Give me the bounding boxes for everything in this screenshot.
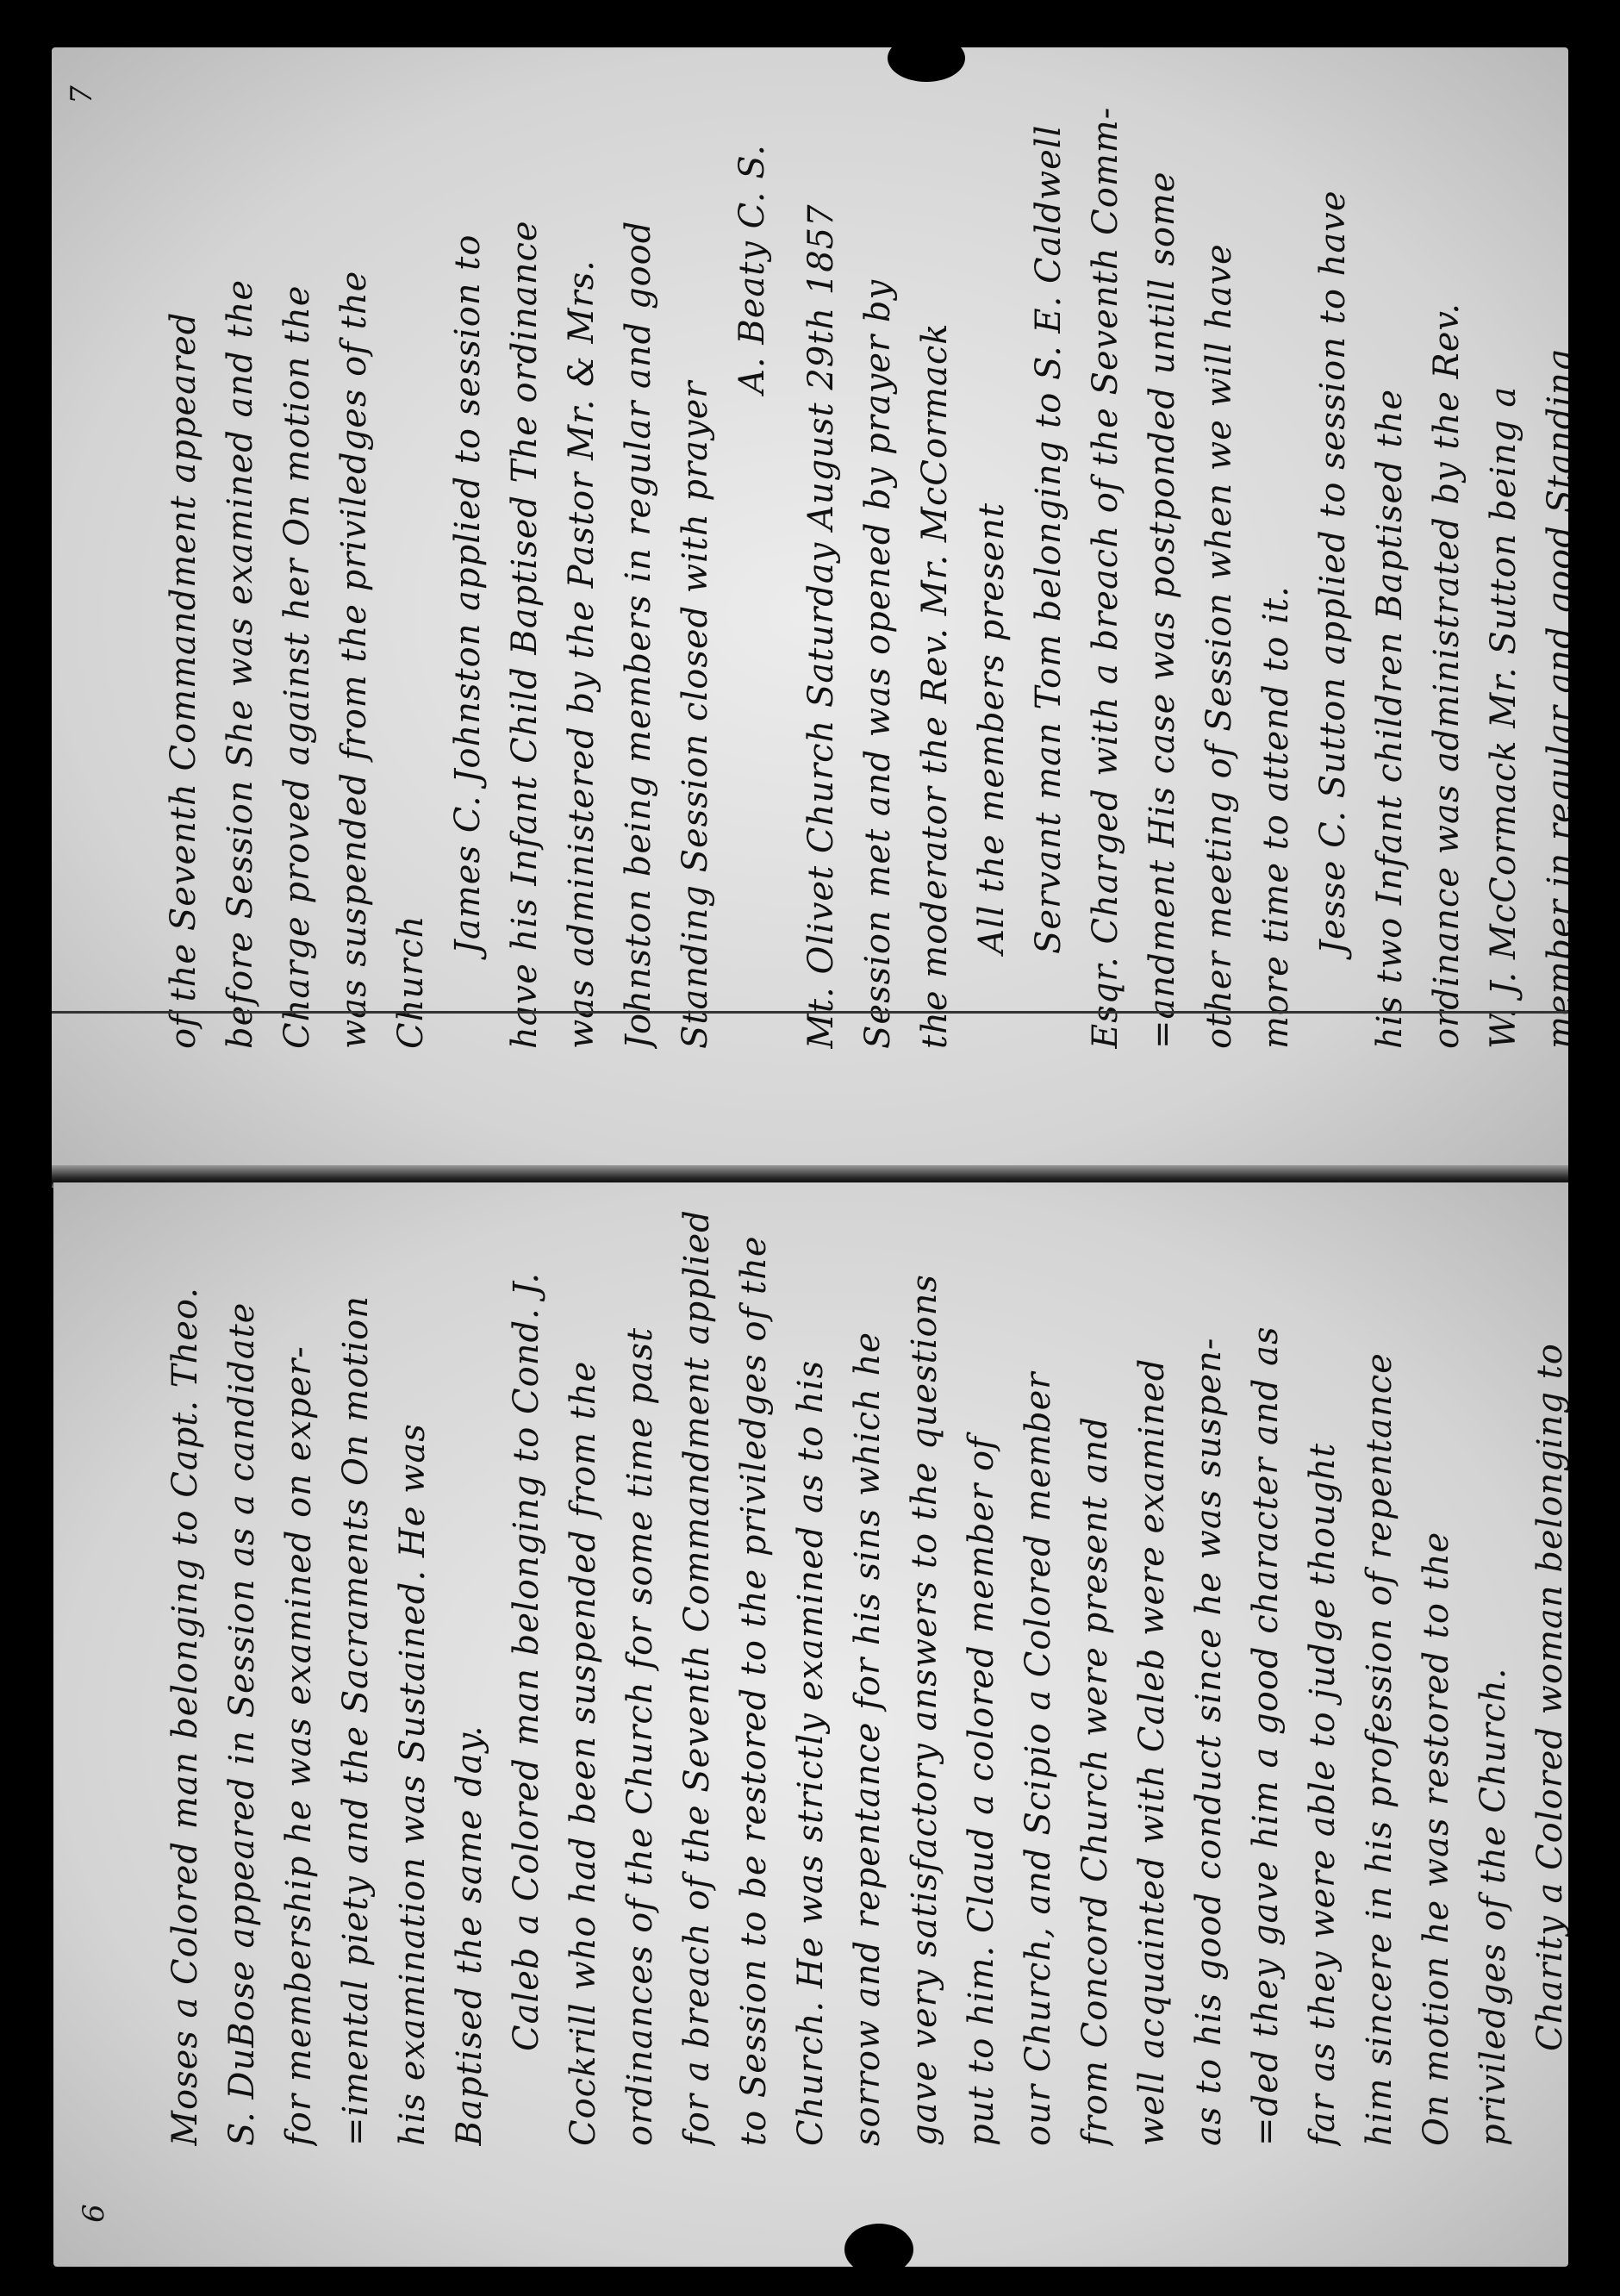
handwritten-line: his examination was Sustained. He was	[384, 1182, 441, 2146]
handwritten-line: =andment His case was postponded untill …	[1134, 47, 1191, 1049]
handwritten-line: for a breach of the Seventh Commandment …	[669, 1182, 726, 2146]
handwritten-line: Cockrill who had been suspended from the	[555, 1182, 612, 2146]
lower-page-writing-surface: Moses a Colored man belonging to Capt. T…	[53, 1182, 1568, 2267]
handwritten-line: A. Beaty C. S.	[724, 47, 781, 1049]
handwritten-line: Church	[383, 47, 439, 1049]
handwritten-line: more time to attend to it.	[1248, 47, 1305, 1049]
upper-page: of the Seventh Commandment appearedbefor…	[52, 47, 1568, 1178]
handwritten-line: Baptised the same day.	[441, 1182, 498, 2146]
handwritten-line: his two Infant children Baptised the	[1361, 47, 1418, 1049]
handwritten-line: other meeting of Session when we will ha…	[1191, 47, 1248, 1049]
handwritten-line: was suspended from the priviledges of th…	[326, 47, 383, 1049]
handwritten-line: of the Seventh Commandment appeared	[155, 47, 212, 1049]
handwritten-line: James C. Johnston applied to session to	[439, 47, 496, 1049]
handwritten-line: him sincere in his profession of repenta…	[1351, 1182, 1408, 2146]
upper-page-entry-1: of the Seventh Commandment appearedbefor…	[155, 47, 781, 1049]
handwritten-line: have his Infant Child Baptised The ordin…	[496, 47, 553, 1049]
handwritten-line: Charge proved against her On motion the	[269, 47, 326, 1049]
ink-blot	[844, 2224, 913, 2275]
handwritten-line: Moses a Colored man belonging to Capt. T…	[157, 1182, 214, 2146]
handwritten-line: from Concord Church were present and	[1067, 1182, 1124, 2146]
handwritten-line: gave very satisfactory answers to the qu…	[896, 1182, 953, 2146]
page-number-upper: 7	[65, 85, 99, 104]
handwritten-line: Servant man Tom belonging to S. E. Caldw…	[1020, 47, 1077, 1049]
ink-blot	[888, 34, 965, 82]
handwritten-line: sorrow and repentance for his sins which…	[839, 1182, 896, 2146]
handwritten-line: Caleb a Colored man belonging to Cond. J…	[498, 1182, 555, 2146]
handwritten-line: Church. He was strictly examined as to h…	[782, 1182, 839, 2146]
handwritten-line: for membership he was examined on exper-	[271, 1182, 327, 2146]
handwritten-line: well acquainted with Caleb were examined	[1124, 1182, 1181, 2146]
handwritten-line: Charity a Colored woman belonging to	[1522, 1182, 1568, 2146]
handwritten-line: put to him. Claud a colored member of	[953, 1182, 1010, 2146]
handwritten-line: Mt. Olivet Church Saturday August 29th 1…	[793, 47, 850, 1049]
handwritten-line: to Session to be restored to the privile…	[726, 1182, 782, 2146]
page-number-lower: 6	[77, 2204, 111, 2223]
handwritten-line: W. J. McCormack Mr. Sutton being a	[1475, 47, 1532, 1049]
handwritten-line: before Session She was examined and the	[212, 47, 269, 1049]
lower-page-entries: Moses a Colored man belonging to Capt. T…	[157, 1182, 1568, 2146]
handwritten-line: the moderator the Rev. Mr. McCormack	[907, 47, 963, 1049]
handwritten-line: All the members present	[963, 47, 1020, 1049]
handwritten-line: ordinances of the Church for some time p…	[612, 1182, 669, 2146]
handwritten-line: Johnston being members in regular and go…	[610, 47, 667, 1049]
margin-rule	[52, 1011, 1568, 1014]
handwritten-line: as to his good conduct since he was susp…	[1181, 1182, 1237, 2146]
upper-page-writing-surface: of the Seventh Commandment appearedbefor…	[52, 47, 1568, 1178]
handwritten-line: S. DuBose appeared in Session as a candi…	[214, 1182, 271, 2146]
handwritten-line: priviledges of the Church.	[1465, 1182, 1522, 2146]
handwritten-line: ordinance was administrated by the Rev.	[1418, 47, 1475, 1049]
handwritten-line: was administered by the Pastor Mr. & Mrs…	[553, 47, 610, 1049]
handwritten-line: our Church, and Scipio a Colored member	[1010, 1182, 1067, 2146]
upper-page-entry-2: Mt. Olivet Church Saturday August 29th 1…	[793, 47, 1568, 1049]
handwritten-line: Esqr. Charged with a breach of the Seven…	[1077, 47, 1134, 1049]
lower-page: Moses a Colored man belonging to Capt. T…	[53, 1182, 1568, 2267]
handwritten-line: Jesse C. Sutton applied to session to ha…	[1305, 47, 1361, 1049]
handwritten-line: far as they were able to judge thought	[1294, 1182, 1351, 2146]
handwritten-line: =ded they gave him a good character and …	[1237, 1182, 1294, 2146]
handwritten-line: On motion he was restored to the	[1408, 1182, 1465, 2146]
handwritten-line: Standing Session closed with prayer	[667, 47, 724, 1049]
handwritten-line: =imental piety and the Sacraments On mot…	[327, 1182, 384, 2146]
handwritten-line: Session met and was opened by prayer by	[850, 47, 907, 1049]
handwritten-line: member in regular and good Standing	[1532, 47, 1568, 1049]
